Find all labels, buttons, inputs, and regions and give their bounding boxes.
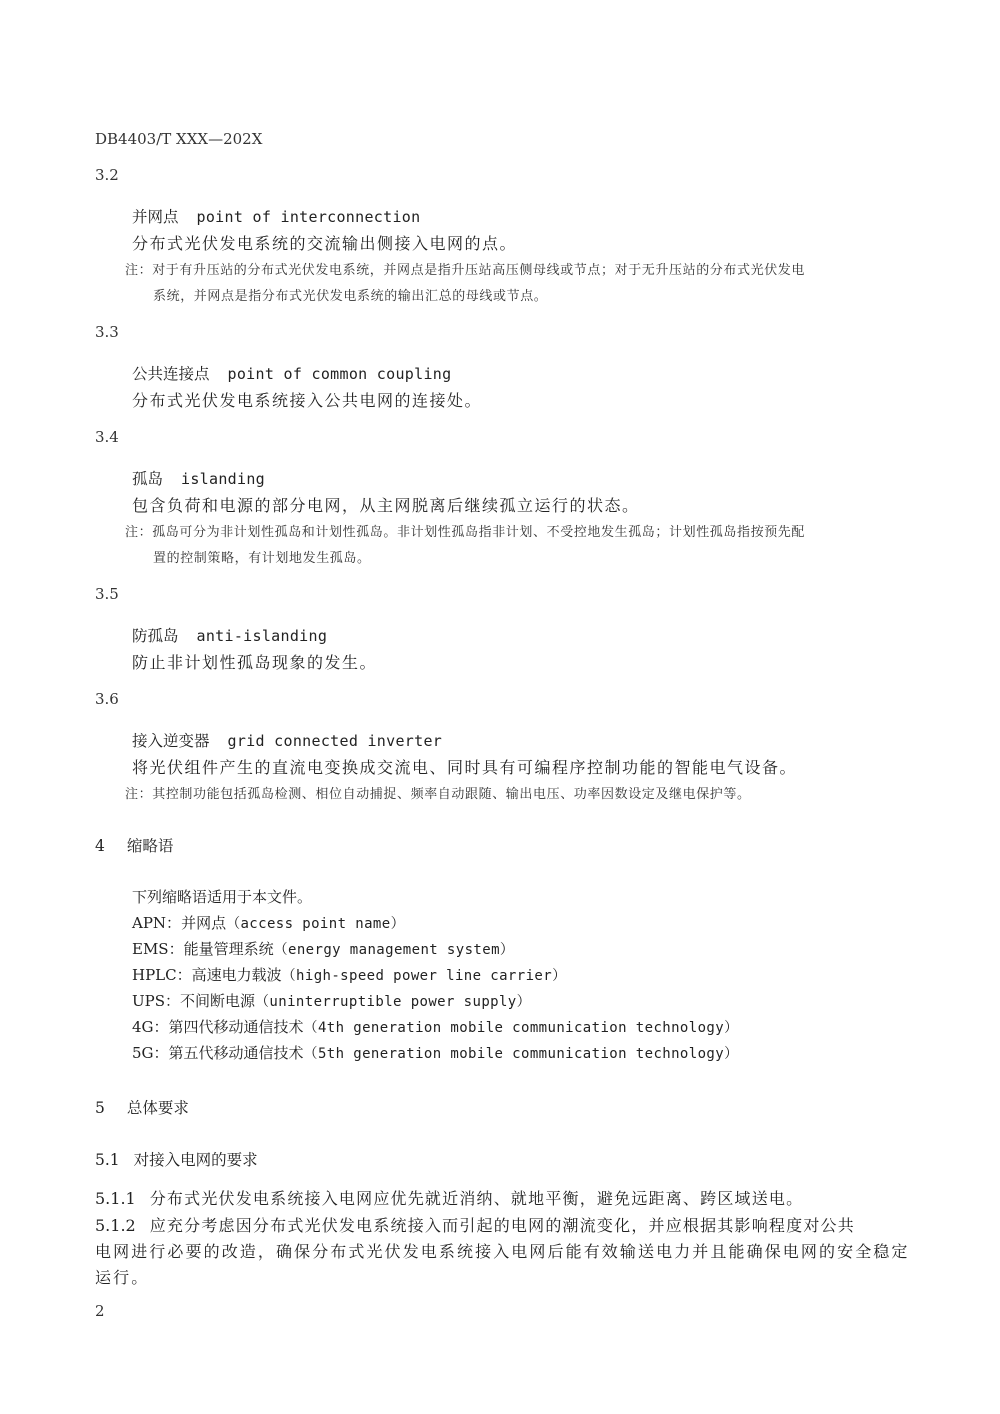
term-note-continued: 置的控制策略，有计划地发生孤岛。 bbox=[153, 547, 371, 566]
abbreviation-en: （energy management system） bbox=[274, 942, 515, 958]
term-note: 注：对于有升压站的分布式光伏发电系统，并网点是指升压站高压侧母线或节点；对于无升… bbox=[125, 259, 805, 278]
section-heading: 5总体要求 bbox=[95, 1096, 189, 1118]
section-number: 4 bbox=[95, 837, 105, 855]
abbreviation-item: APN：并网点（access point name） bbox=[132, 912, 405, 933]
term-heading: 接入逆变器grid connected inverter bbox=[132, 729, 442, 751]
abbreviation-en: （5th generation mobile communication tec… bbox=[304, 1046, 739, 1062]
clause-paragraph: 5.1.2应充分考虑因分布式光伏发电系统接入而引起的电网的潮流变化，并应根据其影… bbox=[95, 1213, 855, 1236]
clause-paragraph-text: 分布式光伏发电系统接入电网应优先就近消纳、就地平衡，避免远距离、跨区域送电。 bbox=[150, 1189, 804, 1208]
abbreviation-item: EMS：能量管理系统（energy management system） bbox=[132, 938, 514, 959]
term-en: point of interconnection bbox=[197, 208, 421, 226]
subsection-title: 对接入电网的要求 bbox=[134, 1151, 258, 1169]
abbreviation-zh: 高速电力载波 bbox=[192, 966, 282, 984]
abbreviation-zh: 第五代移动通信技术 bbox=[169, 1044, 304, 1062]
abbreviation-en: （4th generation mobile communication tec… bbox=[304, 1020, 739, 1036]
clause-number: 3.2 bbox=[95, 166, 119, 184]
term-en: point of common coupling bbox=[228, 365, 452, 383]
term-definition: 包含负荷和电源的部分电网，从主网脱离后继续孤立运行的状态。 bbox=[132, 493, 640, 516]
subsection-heading: 5.1对接入电网的要求 bbox=[95, 1148, 258, 1170]
abbreviations-intro: 下列缩略语适用于本文件。 bbox=[132, 886, 312, 907]
clause-number: 3.3 bbox=[95, 323, 119, 341]
term-note-continued: 系统，并网点是指分布式光伏发电系统的输出汇总的母线或节点。 bbox=[153, 285, 547, 304]
abbreviation-item: 4G：第四代移动通信技术（4th generation mobile commu… bbox=[132, 1016, 738, 1037]
clause-number: 3.5 bbox=[95, 585, 119, 603]
abbreviation-item: UPS：不间断电源（uninterruptible power supply） bbox=[132, 990, 531, 1011]
clause-paragraph: 5.1.1分布式光伏发电系统接入电网应优先就近消纳、就地平衡，避免远距离、跨区域… bbox=[95, 1186, 803, 1209]
term-zh: 公共连接点 bbox=[132, 365, 210, 383]
abbreviation: 4G： bbox=[132, 1018, 169, 1036]
clause-number: 3.4 bbox=[95, 428, 119, 446]
abbreviation: EMS： bbox=[132, 940, 184, 958]
abbreviation: 5G： bbox=[132, 1044, 169, 1062]
term-en: grid connected inverter bbox=[228, 732, 443, 750]
term-definition: 分布式光伏发电系统接入公共电网的连接处。 bbox=[132, 388, 482, 411]
term-note: 注：其控制功能包括孤岛检测、相位自动捕捉、频率自动跟随、输出电压、功率因数设定及… bbox=[125, 783, 751, 802]
abbreviation: HPLC： bbox=[132, 966, 192, 984]
term-zh: 接入逆变器 bbox=[132, 732, 210, 750]
abbreviation-item: HPLC：高速电力载波（high-speed power line carrie… bbox=[132, 964, 566, 985]
abbreviation-en: （high-speed power line carrier） bbox=[282, 968, 567, 984]
abbreviation-zh: 第四代移动通信技术 bbox=[169, 1018, 304, 1036]
term-heading: 公共连接点point of common coupling bbox=[132, 362, 451, 384]
term-zh: 孤岛 bbox=[132, 470, 163, 488]
abbreviation-zh: 不间断电源 bbox=[180, 992, 255, 1010]
section-title: 缩略语 bbox=[127, 837, 174, 855]
clause-paragraph-number: 5.1.2 bbox=[95, 1216, 136, 1235]
term-heading: 防孤岛anti-islanding bbox=[132, 624, 327, 646]
abbreviation: UPS： bbox=[132, 992, 180, 1010]
abbreviation-zh: 并网点 bbox=[181, 914, 226, 932]
page-number: 2 bbox=[95, 1302, 105, 1320]
abbreviation-en: （uninterruptible power supply） bbox=[255, 994, 531, 1010]
abbreviation-item: 5G：第五代移动通信技术（5th generation mobile commu… bbox=[132, 1042, 738, 1063]
term-en: islanding bbox=[181, 470, 265, 488]
clause-paragraph-text: 应充分考虑因分布式光伏发电系统接入而引起的电网的潮流变化，并应根据其影响程度对公… bbox=[150, 1216, 855, 1235]
section-number: 5 bbox=[95, 1099, 105, 1117]
subsection-number: 5.1 bbox=[95, 1151, 120, 1169]
term-definition: 分布式光伏发电系统的交流输出侧接入电网的点。 bbox=[132, 231, 517, 254]
term-note: 注：孤岛可分为非计划性孤岛和计划性孤岛。非计划性孤岛指非计划、不受控地发生孤岛；… bbox=[125, 521, 805, 540]
term-zh: 防孤岛 bbox=[132, 627, 179, 645]
clause-paragraph-number: 5.1.1 bbox=[95, 1189, 136, 1208]
term-zh: 并网点 bbox=[132, 208, 179, 226]
section-title: 总体要求 bbox=[127, 1099, 189, 1117]
term-en: anti-islanding bbox=[197, 627, 328, 645]
clause-paragraph-continued: 运行。 bbox=[95, 1265, 149, 1288]
clause-paragraph-continued: 电网进行必要的改造，确保分布式光伏发电系统接入电网后能有效输送电力并且能确保电网… bbox=[95, 1239, 910, 1262]
abbreviation: APN： bbox=[132, 914, 181, 932]
term-heading: 并网点point of interconnection bbox=[132, 205, 420, 227]
abbreviation-zh: 能量管理系统 bbox=[184, 940, 274, 958]
section-heading: 4缩略语 bbox=[95, 834, 173, 856]
clause-number: 3.6 bbox=[95, 690, 119, 708]
term-heading: 孤岛islanding bbox=[132, 467, 265, 489]
document-id-header: DB4403/T XXX—202X bbox=[95, 130, 262, 148]
term-definition: 将光伏组件产生的直流电变换成交流电、同时具有可编程序控制功能的智能电气设备。 bbox=[132, 755, 797, 778]
term-definition: 防止非计划性孤岛现象的发生。 bbox=[132, 650, 377, 673]
abbreviation-en: （access point name） bbox=[226, 916, 405, 932]
